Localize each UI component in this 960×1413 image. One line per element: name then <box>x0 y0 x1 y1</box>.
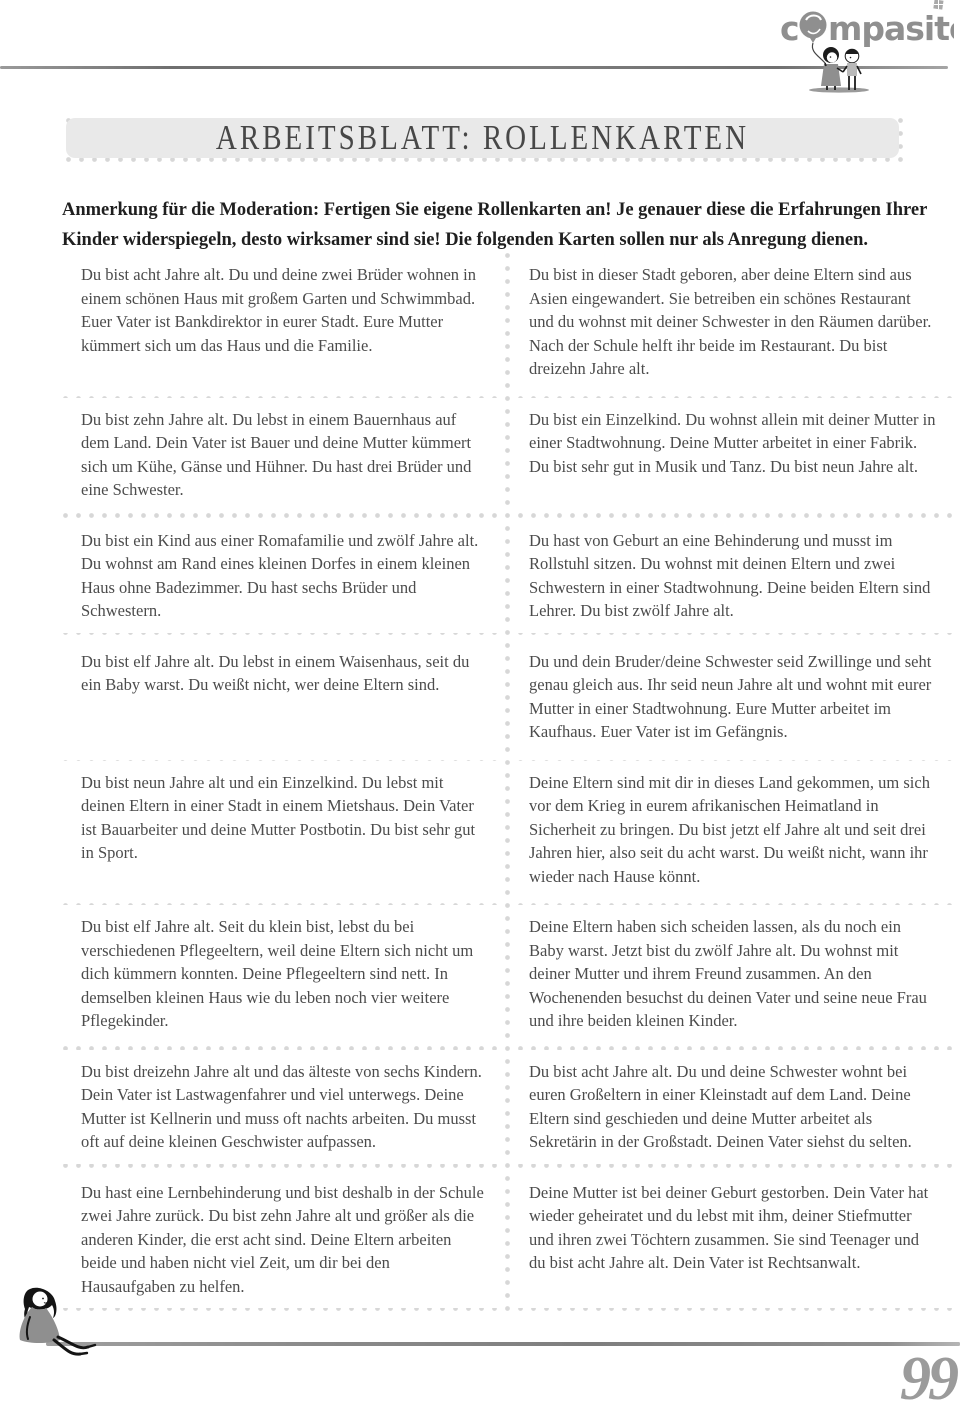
moderation-note: Anmerkung für die Moderation: Fertigen S… <box>62 195 957 255</box>
logo-text-mpasito: mpasito <box>828 9 954 48</box>
role-card: Du hast von Geburt an eine Behinderung u… <box>511 519 952 633</box>
role-card: Du bist elf Jahre alt. Seit du klein bis… <box>63 905 504 1043</box>
sitting-girl-icon <box>10 1283 125 1361</box>
role-card: Du bist dreizehn Jahre alt und das ältes… <box>63 1050 504 1164</box>
logo-text-c: c <box>780 9 800 48</box>
role-card: Du bist zehn Jahre alt. Du lebst in eine… <box>63 398 504 512</box>
logo-children-icon <box>809 43 869 93</box>
role-card: Du bist neun Jahre alt und ein Einzelkin… <box>63 761 504 899</box>
role-card: Deine Eltern sind mit dir in dieses Land… <box>511 761 952 899</box>
role-card: Du bist ein Einzelkind. Du wohnst allein… <box>511 398 952 512</box>
role-cards-grid: Du bist acht Jahre alt. Du und deine zwe… <box>63 253 952 1308</box>
role-card: Du bist elf Jahre alt. Du lebst in einem… <box>63 640 504 754</box>
worksheet-title-box: ARBEITSBLATT: ROLLENKARTEN <box>60 112 905 164</box>
role-card: Deine Eltern haben sich scheiden lassen,… <box>511 905 952 1043</box>
role-card: Deine Mutter ist bei deiner Geburt gesto… <box>511 1171 952 1309</box>
page-title: ARBEITSBLATT: ROLLENKARTEN <box>216 118 749 158</box>
logo-wordmark: c mpasito <box>780 0 954 48</box>
role-card: Du und dein Bruder/deine Schwester seid … <box>511 640 952 754</box>
role-cards-area: Du bist acht Jahre alt. Du und deine zwe… <box>57 247 958 1314</box>
title-box-background: ARBEITSBLATT: ROLLENKARTEN <box>66 118 899 158</box>
role-card: Du hast eine Lernbehinderung und bist de… <box>63 1171 504 1309</box>
role-card: Du bist acht Jahre alt. Du und deine Sch… <box>511 1050 952 1164</box>
worksheet-page: c mpasito <box>0 0 960 1413</box>
role-card: Du bist in dieser Stadt geboren, aber de… <box>511 253 952 391</box>
compasito-logo: c mpasito <box>779 0 954 95</box>
page-number: 99 <box>900 1348 956 1410</box>
role-card: Du bist ein Kind aus einer Romafamilie u… <box>63 519 504 633</box>
logo-flag-icon <box>933 0 943 10</box>
role-card: Du bist acht Jahre alt. Du und deine zwe… <box>63 253 504 391</box>
bottom-divider <box>46 1342 960 1346</box>
